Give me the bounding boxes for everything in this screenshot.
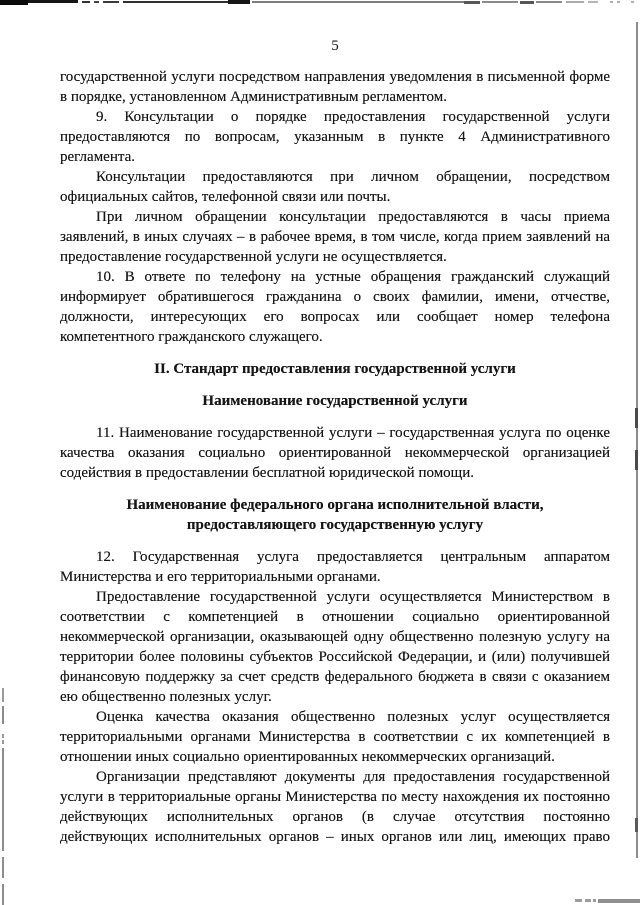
scanned-document-page: 5 государственной услуги посредством нап… [0,0,640,905]
paragraph-item-9: 9. Консультации о порядке предоставления… [60,107,610,167]
scan-edge-mark [464,1,480,4]
document-text-block: 5 государственной услуги посредством нап… [60,36,610,847]
paragraph-item-11: 11. Наименование государственной услуги … [60,423,610,483]
page-number: 5 [60,36,610,56]
scan-edge-mark [585,899,591,902]
scan-edge-mark [617,1,620,3]
scan-edge-mark [566,1,584,3]
paragraph-document-submission: Организации представляют документы для п… [60,767,610,847]
scan-edge-line [636,22,638,858]
scan-edge-mark [520,1,534,4]
scan-edge-mark [610,1,613,3]
scan-edge-mark [228,0,250,4]
paragraph-item-12: 12. Государственная услуга предоставляет… [60,547,610,587]
scan-edge-mark [536,1,562,3]
paragraph-ministry-competence: Предоставление государственной услуги ос… [60,587,610,707]
heading-service-name: Наименование государственной услуги [60,391,610,411]
scan-edge-mark [94,1,99,3]
scan-edge-mark [635,408,638,428]
scan-edge-mark [598,899,640,903]
scan-edge-mark [123,1,228,3]
scan-edge-mark [2,857,4,878]
scan-edge-mark [28,0,78,3]
paragraph-quality-assessment: Оценка качества оказания общественно пол… [60,707,610,767]
heading-federal-authority: Наименование федерального органа исполни… [60,495,610,535]
scan-edge-mark [252,1,464,3]
scan-edge-mark [631,1,634,3]
scan-edge-mark [82,1,90,3]
scan-edge-mark [103,1,119,3]
heading-section-2: II. Стандарт предоставления государствен… [60,359,610,379]
scan-edge-mark [635,818,638,832]
paragraph-item-10: 10. В ответе по телефону на устные обращ… [60,267,610,347]
scan-edge-mark [2,706,4,724]
scan-edge-mark [2,740,4,744]
scan-edge-mark [2,734,4,738]
scan-edge-mark [482,1,518,3]
scan-edge-mark [593,899,596,902]
scan-edge-mark [2,688,4,702]
paragraph-consultation-channels: Консультации предоставляются при личном … [60,167,610,207]
scan-edge-mark [588,1,598,3]
scan-edge-mark [635,450,638,470]
scan-edge-mark [0,0,28,5]
scan-edge-mark [575,899,582,902]
paragraph-consultation-hours: При личном обращении консультации предос… [60,207,610,267]
scan-edge-mark [2,884,4,905]
scan-edge-mark [2,748,4,851]
paragraph-continued-from-previous-page: государственной услуги посредством напра… [60,67,610,107]
